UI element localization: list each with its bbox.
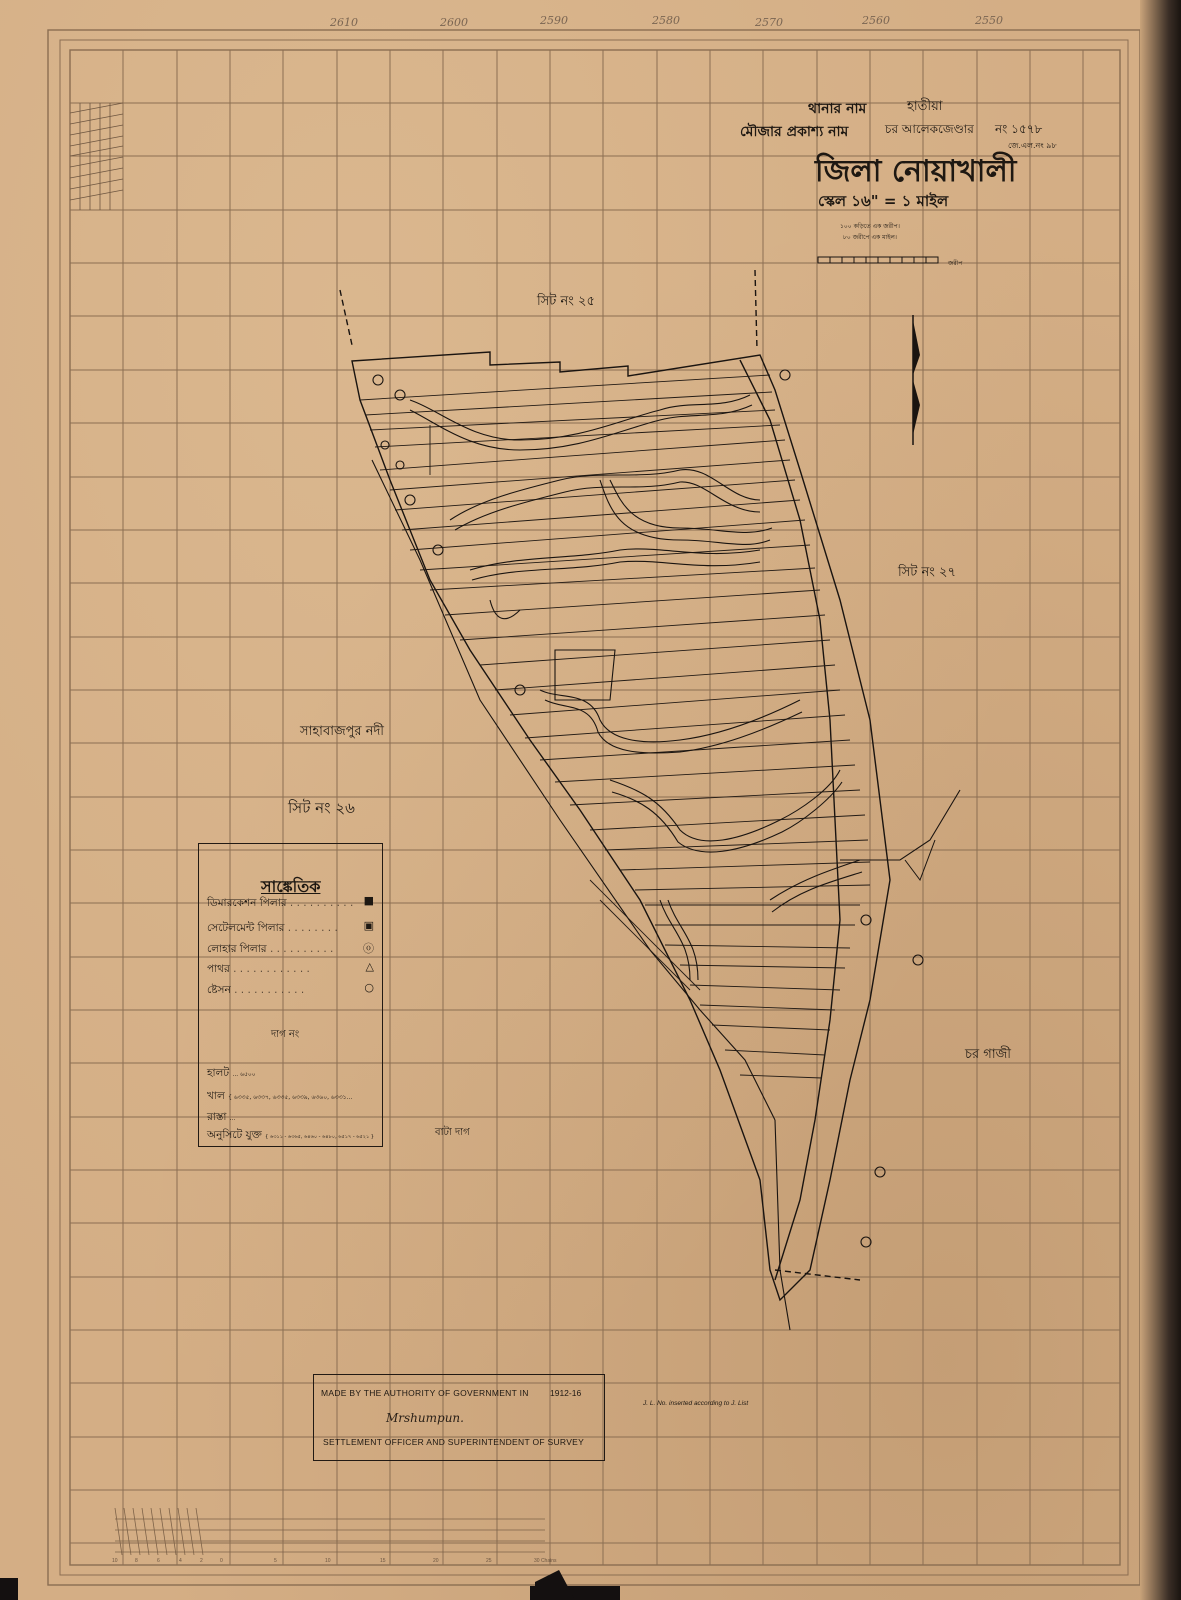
bottom-tick: 4: [179, 1558, 182, 1564]
sheet-25-label: সিট নং ২৫: [537, 292, 595, 313]
legend-item-demarcation-pillar: ডিমারকেশন পিলার . . . . . . . . . .: [207, 896, 353, 913]
jl-note: J. L. No. inserted according to J. List: [643, 1400, 748, 1407]
iron-pillar-icon: ⓞ: [363, 940, 374, 956]
bottom-tick: 20: [433, 1558, 439, 1564]
torn-edge: [0, 1578, 18, 1600]
bottom-tick: 2: [200, 1558, 203, 1564]
scale-bar: [818, 257, 938, 263]
filled-square-icon: ■: [364, 894, 374, 907]
cadastral-map-sheet: 2610 2600 2590 2580 2570 2560 2550 70 44…: [0, 0, 1181, 1600]
scale-note-1: ১০০ কড়িতে এক জরীপ।: [840, 221, 900, 232]
legend-box: সাঙ্কেতিক ডিমারকেশন পিলার . . . . . . . …: [198, 843, 383, 1147]
authority-stamp: MADE BY THE AUTHORITY OF GOVERNMENT IN 1…: [313, 1374, 605, 1461]
bottom-tick: 15: [380, 1558, 386, 1564]
top-tick: 2600: [440, 16, 468, 29]
bottom-tick: 0: [220, 1558, 223, 1564]
char-gazi-label: চর গাজী: [965, 1045, 1011, 1066]
dag-row-rasta: রাস্তা ...: [207, 1110, 236, 1127]
thana-label: থানার নাম: [808, 97, 866, 121]
dag-heading: দাগ নং: [271, 1027, 299, 1044]
scale-note-2: ৮০ জরীপে এক মাইল।: [843, 232, 897, 243]
dag-row-attached: অনুসিটে যুক্ত { ৬৩১১ - ৬৩৬৫, ৬৪৬০ - ৬৪৮০…: [207, 1128, 374, 1145]
bottom-tick: 8: [135, 1558, 138, 1564]
thana-value: হাতীয়া: [907, 97, 943, 118]
right-edge-shadow: [1140, 0, 1181, 1600]
stamp-authority-line: MADE BY THE AUTHORITY OF GOVERNMENT IN: [321, 1388, 529, 1398]
top-tick: 2580: [652, 14, 680, 27]
bottom-tick: 25: [486, 1558, 492, 1564]
circle-icon: ○: [364, 981, 374, 994]
legend-item-stone: পাথর . . . . . . . . . . . .: [207, 962, 310, 979]
river-label: সাহাবাজপুর নদী: [300, 722, 384, 743]
top-tick: 2590: [540, 14, 568, 27]
stamp-years: 1912-16: [550, 1388, 581, 1398]
bottom-tick: 6: [157, 1558, 160, 1564]
mouza-label: মৌজার প্রকাশ্য নাম: [740, 120, 848, 144]
stamp-signature: Mrshumpun.: [386, 1411, 464, 1425]
bata-dag-label: বাটা দাগ: [435, 1125, 470, 1142]
parcel-map: [0, 0, 1181, 1600]
top-tick: 2560: [862, 14, 890, 27]
legend-item-settlement-pillar: সেটেলমেন্ট পিলার . . . . . . . .: [207, 921, 338, 938]
dag-row-halot: হালট ... ৬৫০০: [207, 1066, 256, 1083]
mouza-value: চর আলেকজেণ্ডার: [885, 121, 974, 141]
boxed-square-icon: ▣: [364, 919, 374, 932]
bottom-tick: 10: [325, 1558, 331, 1564]
dag-row-khal: খাল { ৬৩৩৫, ৬৩৩৭, ৬৩৩৫, ৬৩৩৯, ৬৩৬০, ৬৩৩১…: [207, 1089, 352, 1106]
legend-item-iron-pillar: লোহার পিলার . . . . . . . . . .: [207, 942, 333, 959]
triangle-icon: △: [366, 960, 374, 973]
bottom-tick: 10: [112, 1558, 118, 1564]
stamp-officer-line: SETTLEMENT OFFICER AND SUPERINTENDENT OF…: [323, 1437, 584, 1447]
mouza-number: নং ১৫৭৮: [995, 121, 1042, 141]
scale-title: স্কেল ১৬" = ১ মাইল: [818, 190, 948, 215]
bottom-tick: 5: [274, 1558, 277, 1564]
top-tick: 2610: [330, 16, 358, 29]
sheet-26-label: সিট নং ২৬: [288, 797, 355, 822]
scale-unit: জরীপ: [948, 258, 962, 269]
top-tick: 2550: [975, 14, 1003, 27]
north-arrow-icon: [913, 315, 920, 445]
top-tick: 2570: [755, 16, 783, 29]
sheet-27-label: সিট নং ২৭: [898, 563, 956, 584]
bottom-tick: 30 Chains: [534, 1558, 557, 1564]
legend-item-station: ষ্টেসন . . . . . . . . . . .: [207, 983, 304, 1000]
